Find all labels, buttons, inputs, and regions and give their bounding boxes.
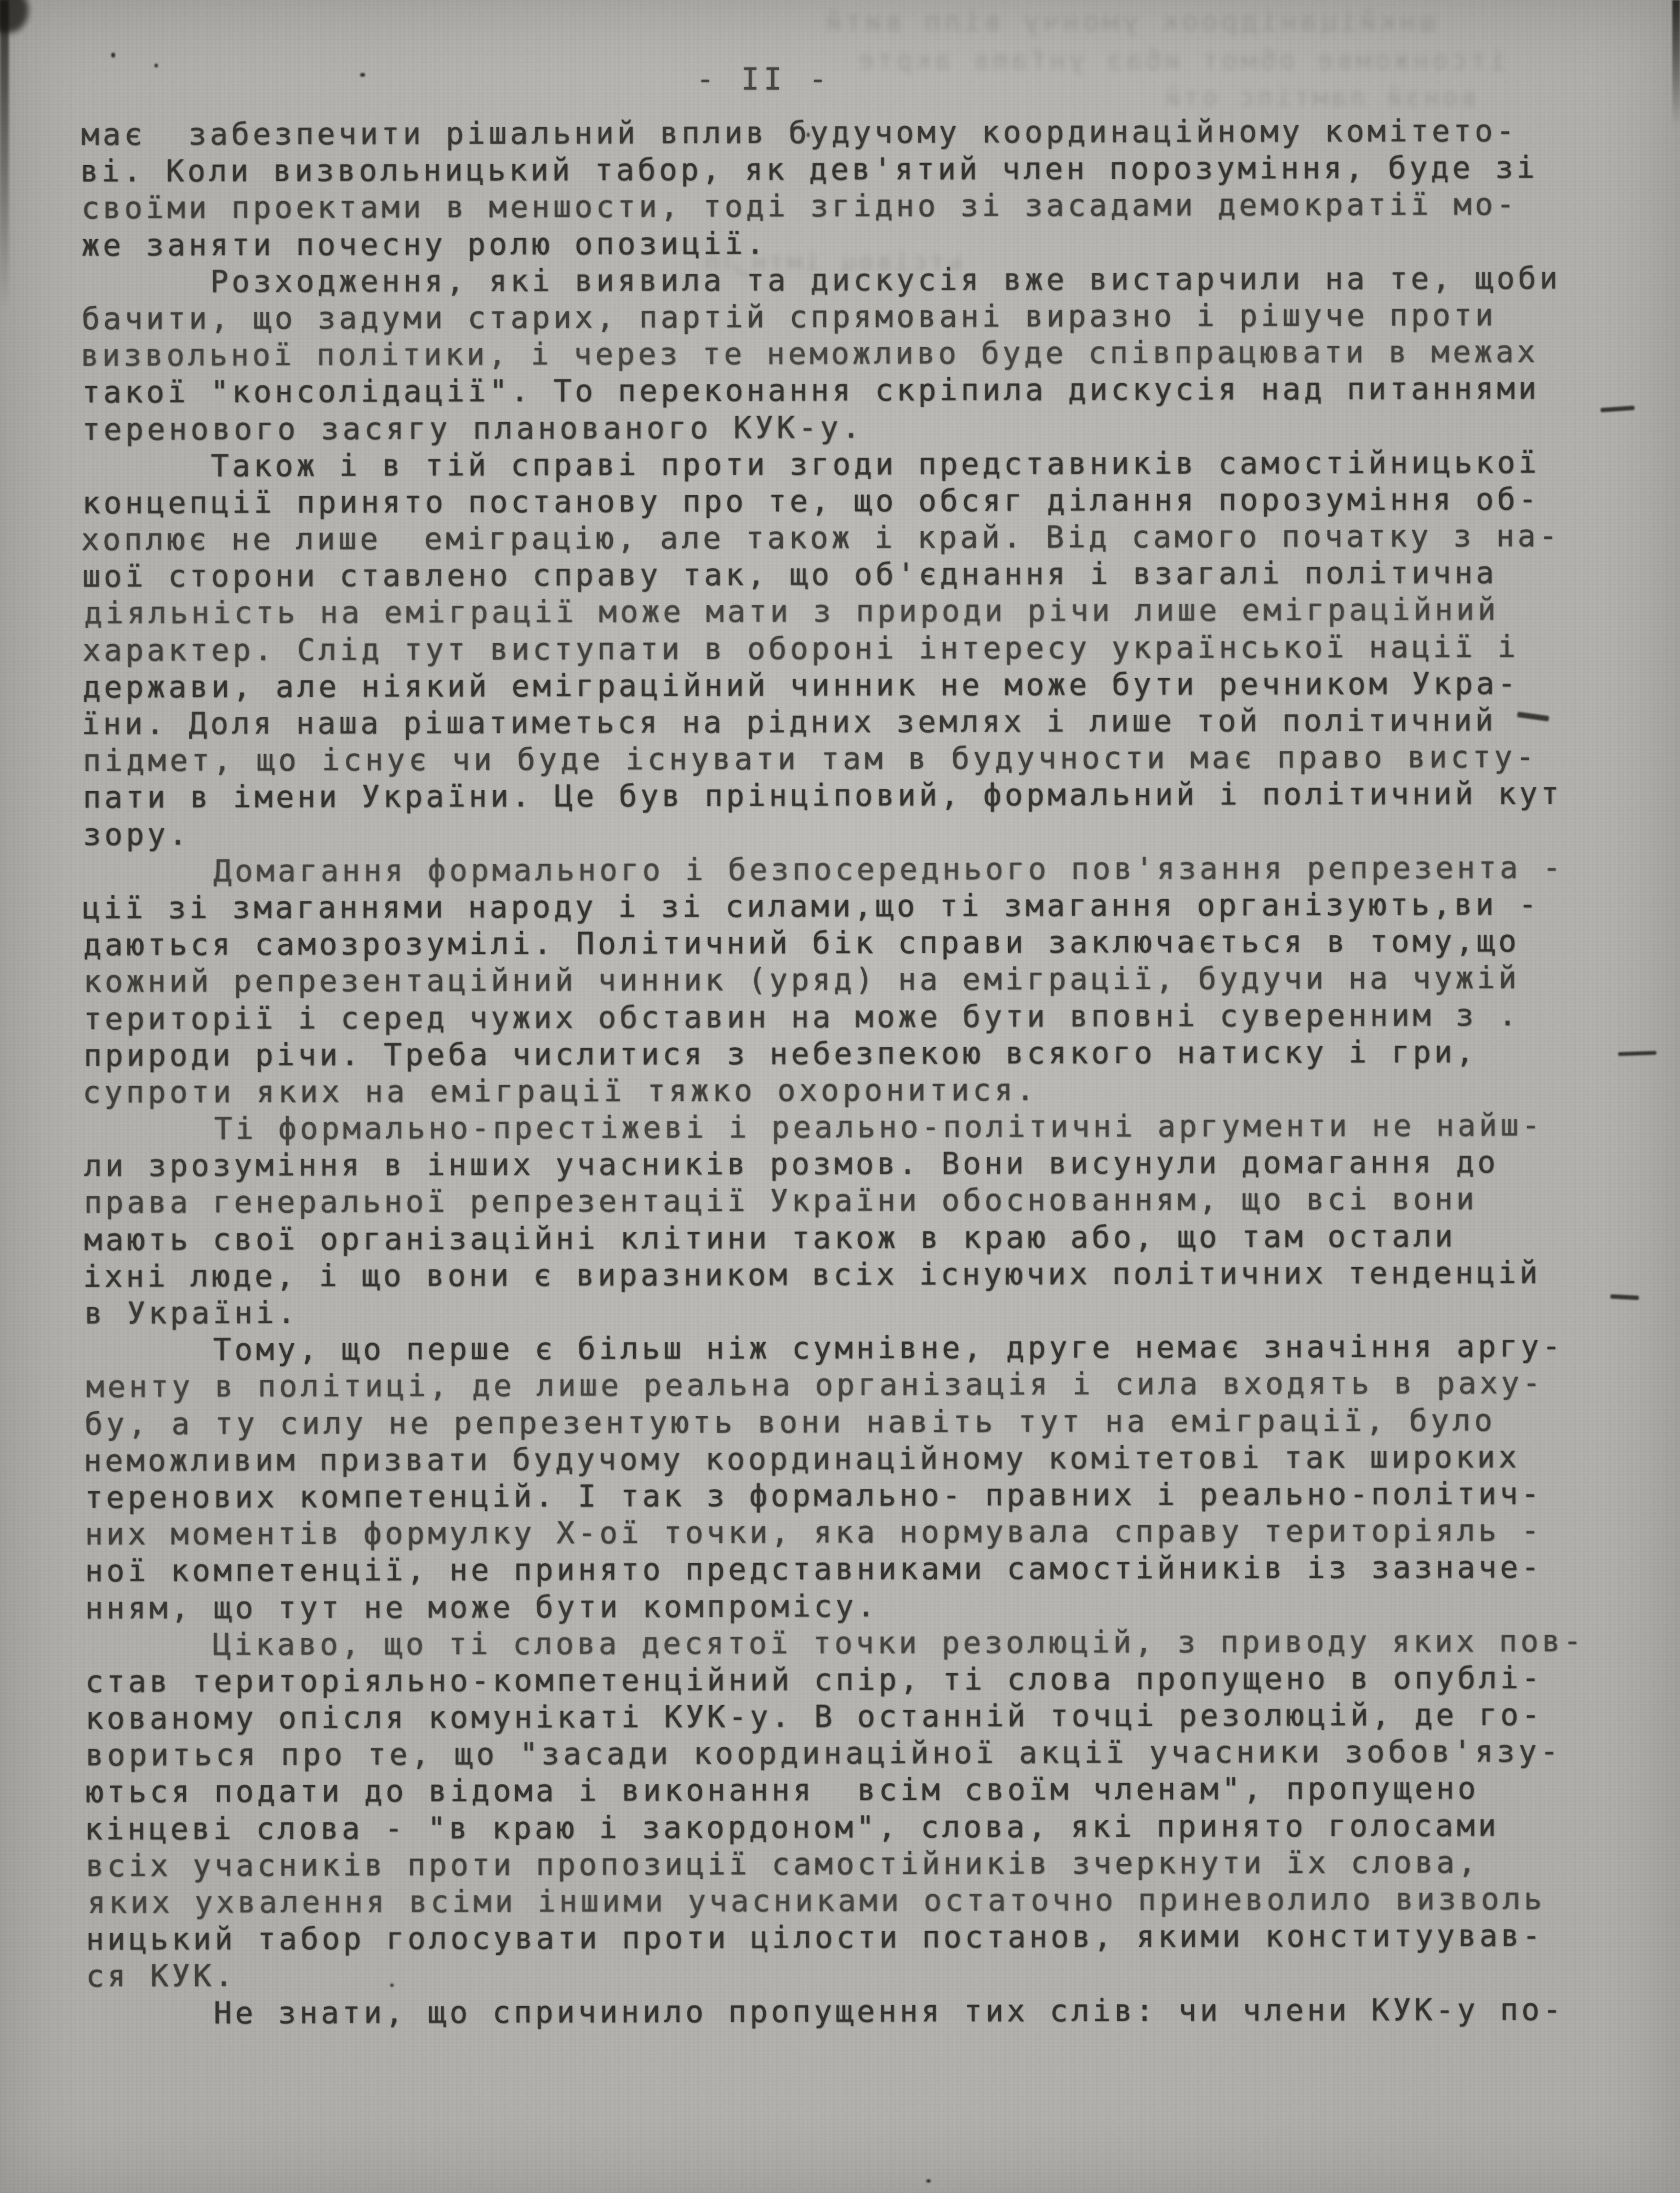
text-line: неможливим призвати будучому координацій…	[83, 1438, 1636, 1479]
text-line: бачити, що задуми старих, партій спрямов…	[82, 297, 1633, 338]
text-line: ницький табор голосувати проти цілости п…	[86, 1917, 1637, 1958]
text-line: всіх учасників проти пропозиції самостій…	[86, 1843, 1637, 1884]
text-line: Не знати, що спричинило пропущення тих с…	[85, 1991, 1637, 2032]
bleed-ghost-line: вонзй ламтіпс отй	[1162, 82, 1476, 112]
text-line: підмет, що існує чи буде існувати там в …	[83, 738, 1634, 780]
text-line: пати в імени України. Це був прінціповий…	[83, 775, 1634, 816]
ink-speck	[807, 133, 810, 137]
text-line: Цікаво, що ті слова десятої точки резолю…	[84, 1622, 1636, 1663]
text-line: хоплює не лише еміграцію, але також і кр…	[81, 518, 1633, 559]
text-line: ся КУК.	[86, 1954, 1637, 1995]
text-line: їни. Доля наша рішатиметься на рідних зе…	[82, 702, 1634, 743]
bleed-ghost-line: ітсонжомве обмот ибаз унfamв акрте	[855, 45, 1506, 76]
text-line: Ті формально-престіжеві і реально-політи…	[86, 1107, 1635, 1148]
text-line: теренового засягу планованого КУК-у.	[82, 407, 1633, 448]
text-line: яких ухвалення всіми іншими учасниками о…	[87, 1880, 1637, 1922]
text-line: кожний репрезентаційний чинник (уряд) на…	[83, 959, 1635, 1001]
ink-speck	[390, 1984, 394, 1987]
ink-speck	[155, 64, 158, 67]
text-line: теренових компетенцій. І так з формально…	[85, 1475, 1636, 1516]
text-line: в Україні.	[84, 1291, 1636, 1332]
text-line: ції зі змаганнями народу і зі силами,що …	[82, 886, 1635, 927]
text-line: ли зрозуміння в інших учасників розмов. …	[84, 1144, 1635, 1185]
text-line: права генеральної репрезентації України …	[84, 1180, 1635, 1222]
text-line: своїми проектами в меншости, тоді згідно…	[81, 186, 1632, 227]
text-line: Розходження, які виявила та дискусія вже…	[82, 259, 1633, 300]
text-line: ної компетенції, не принято представника…	[85, 1549, 1636, 1590]
text-line: даються самозрозумілі. Політичний бік сп…	[83, 923, 1635, 964]
text-line: нням, що тут не може бути компромісу.	[85, 1586, 1636, 1627]
text-line: Домагання формального і безпосереднього …	[85, 849, 1635, 890]
text-line: Також і в тій справі проти згоди предста…	[82, 444, 1633, 485]
text-line: території і серед чужих обставин на може…	[83, 996, 1635, 1037]
text-line: кінцеві слова - "в краю і закордоном", с…	[84, 1806, 1637, 1848]
text-line: Тому, що перше є більш ніж сумнівне, дру…	[84, 1328, 1636, 1369]
ink-speck	[926, 2179, 931, 2183]
scan-edge-left	[0, 0, 9, 307]
scanned-page: шнкйіцанідроок умончу вілп витйітсонжомв…	[0, 0, 1680, 2193]
scan-edge-right	[1672, 0, 1680, 126]
text-line: шої сторони ставлено справу так, що об'є…	[82, 554, 1633, 595]
text-line: став територіяльно-компетенційний спір, …	[85, 1659, 1636, 1700]
text-line: зору.	[83, 812, 1634, 853]
bleed-ghost-line: шнкйіцанідроок умончу вілп витй	[822, 5, 1436, 37]
text-line: ві. Коли визвольницький табор, як дев'ят…	[80, 149, 1632, 190]
text-line: супроти яких на еміграції тяжко охоронит…	[83, 1070, 1635, 1111]
text-line: кованому опісля комунікаті КУК-у. В оста…	[86, 1696, 1637, 1737]
page-number: - II -	[696, 61, 832, 96]
margin-mark	[1618, 1051, 1656, 1056]
text-line: іхні люде, і що вони є виразником всіх і…	[83, 1254, 1635, 1295]
text-line: менту в політиці, де лише реальна органі…	[86, 1365, 1636, 1406]
text-line: мають свої організаційні клітини також в…	[84, 1217, 1635, 1258]
text-line: вориться про те, що "засади координаційн…	[86, 1733, 1637, 1774]
text-line: концепції принято постанову про те, що о…	[82, 480, 1633, 521]
ink-speck	[360, 73, 365, 77]
text-line: діяльність на еміграції може мати з прир…	[84, 591, 1633, 632]
text-line: ються подати до відома і виконання всім …	[86, 1770, 1637, 1811]
text-line: природи річи. Треба числитися з небезпек…	[83, 1033, 1635, 1074]
ink-speck	[321, 135, 324, 138]
text-line: них моментів формулку Х-ої точки, яка но…	[85, 1512, 1636, 1553]
text-line: визвольної політики, і через те неможлив…	[81, 333, 1633, 374]
text-line: характер. Слід тут виступати в обороні і…	[82, 628, 1633, 669]
text-body: має забезпечити рішальний вплив будучому…	[81, 112, 1637, 2032]
ink-speck	[1231, 359, 1234, 362]
text-line: же заняти почесну ролю опозиції.	[82, 223, 1633, 264]
text-line: такої "консолідації". То переконання скр…	[82, 370, 1633, 411]
ink-speck	[111, 53, 115, 58]
text-line: має забезпечити рішальний вплив будучому…	[81, 112, 1632, 154]
text-line: держави, але ніякий еміграційний чинник …	[83, 664, 1634, 706]
text-line: бу, а ту силу не репрезентують вони наві…	[84, 1401, 1636, 1442]
